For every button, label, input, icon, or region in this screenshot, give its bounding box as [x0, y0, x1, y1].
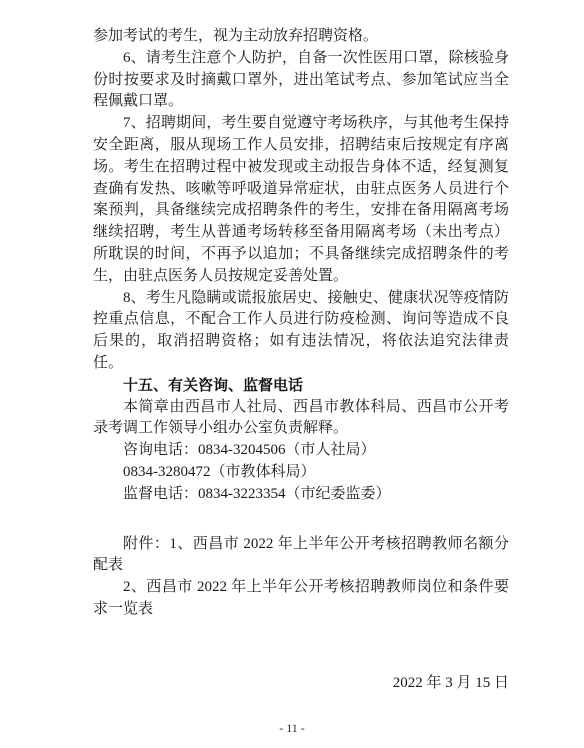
body-paragraph: 参加考试的考生，视为主动放弃招聘资格。: [93, 26, 509, 48]
document-content: 参加考试的考生，视为主动放弃招聘资格。 6、请考生注意个人防护，自备一次性医用口…: [93, 26, 509, 695]
page-number: - 11 -: [0, 721, 584, 736]
document-page: 参加考试的考生，视为主动放弃招聘资格。 6、请考生注意个人防护，自备一次性医用口…: [0, 0, 584, 748]
attachment-line-1: 附件：1、西昌市 2022 年上半年公开考核招聘教师名额分配表: [93, 534, 509, 578]
attachment-line-2: 2、西昌市 2022 年上半年公开考核招聘教师岗位和条件要求一览表: [93, 577, 509, 621]
section-heading: 十五、有关咨询、监督电话: [93, 375, 509, 397]
section-body-paragraph: 本简章由西昌市人社局、西昌市教体科局、西昌市公开考录考调工作领导小组办公室负责解…: [93, 397, 509, 441]
contact-line-supervise: 监督电话：0834-3223354（市纪委监委）: [93, 484, 509, 506]
body-paragraph: 6、请考生注意个人防护，自备一次性医用口罩，除核验身份时按要求及时摘戴口罩外，进…: [93, 48, 509, 113]
body-paragraph: 7、招聘期间，考生要自觉遵守考场秩序，与其他考生保持安全距离，服从现场工作人员安…: [93, 113, 509, 287]
contact-line-consult2: 0834-3280472（市教体科局）: [93, 462, 509, 484]
body-paragraph: 8、考生凡隐瞒或谎报旅居史、接触史、健康状况等疫情防控重点信息，不配合工作人员进…: [93, 288, 509, 375]
date-line: 2022 年 3 月 15 日: [93, 673, 509, 695]
contact-line-consult: 咨询电话：0834-3204506（市人社局）: [93, 440, 509, 462]
